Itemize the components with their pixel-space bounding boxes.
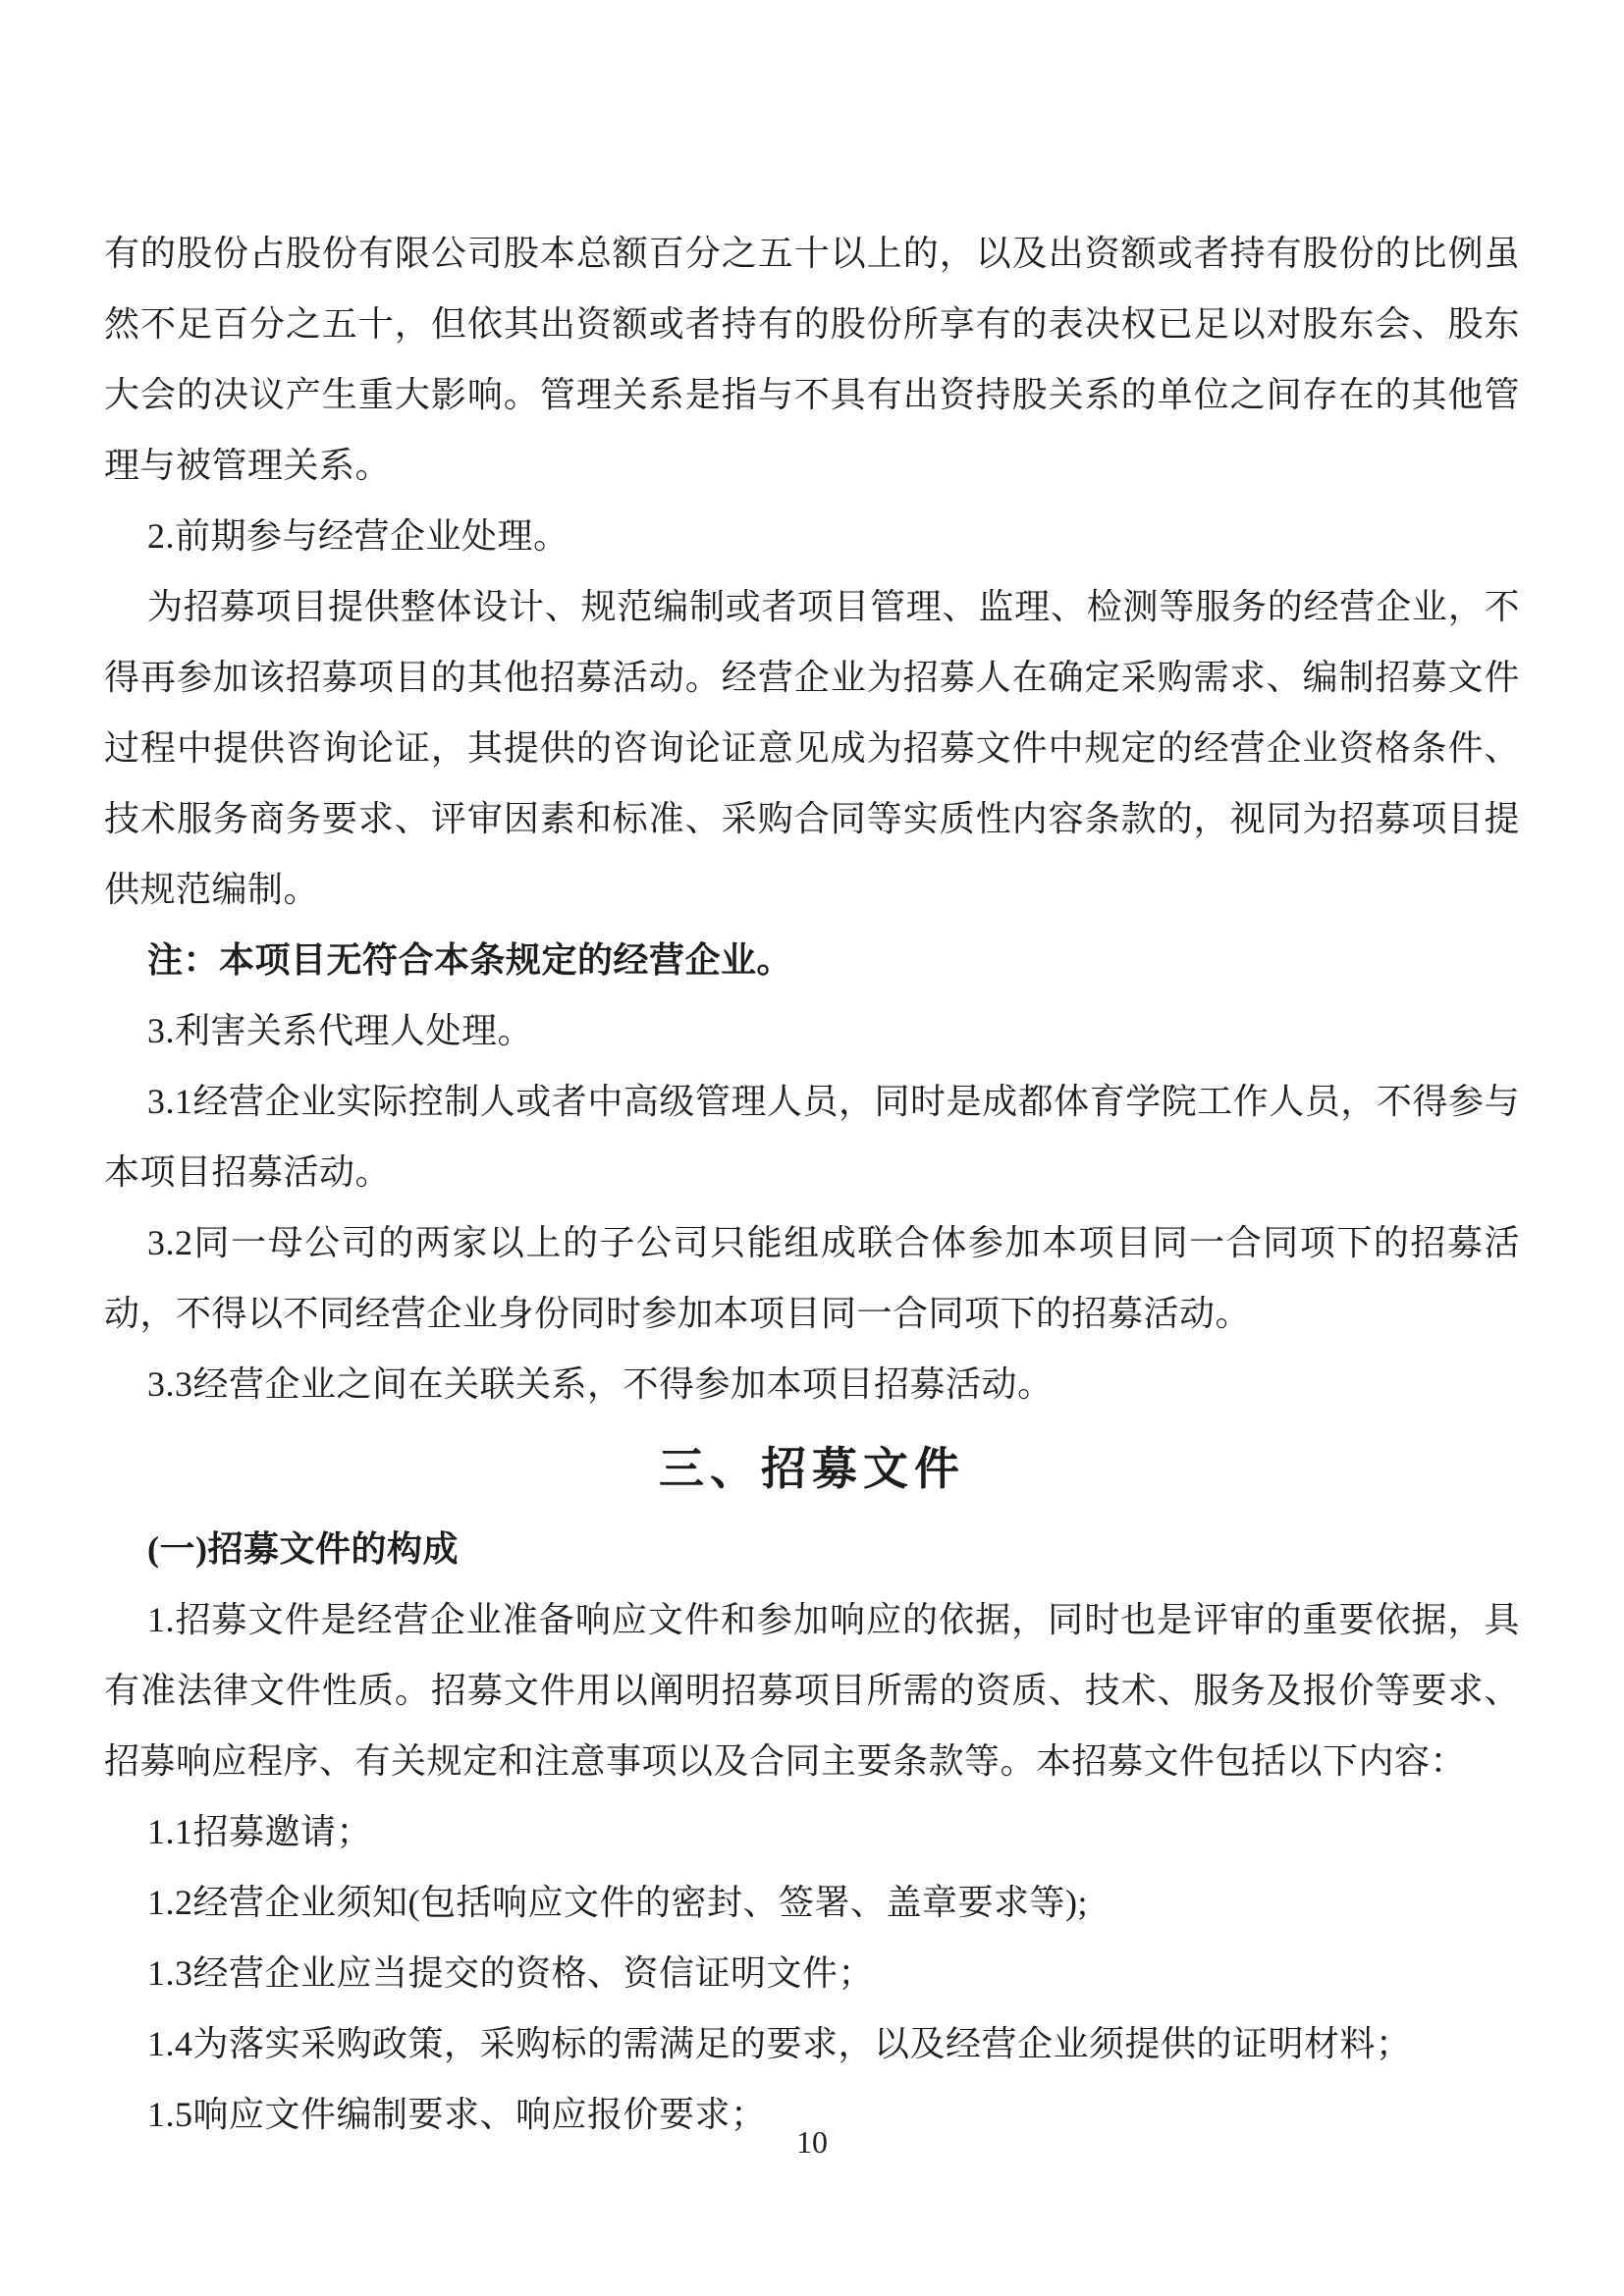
body-paragraph: 有的股份占股份有限公司股本总额百分之五十以上的，以及出资额或者持有股份的比例虽然…: [104, 218, 1520, 501]
list-item: 1.1招募邀请；: [104, 1796, 1520, 1867]
numbered-paragraph: 3.2同一母公司的两家以上的子公司只能组成联合体参加本项目同一合同项下的招募活动…: [104, 1207, 1520, 1349]
body-paragraph: 为招募项目提供整体设计、规范编制或者项目管理、监理、检测等服务的经营企业，不得再…: [104, 571, 1520, 925]
numbered-paragraph: 2.前期参与经营企业处理。: [104, 501, 1520, 571]
page-number: 10: [0, 2122, 1624, 2162]
note-paragraph: 注：本项目无符合本条规定的经营企业。: [104, 925, 1520, 995]
numbered-paragraph: 1.招募文件是经营企业准备响应文件和参加响应的依据，同时也是评审的重要依据，具有…: [104, 1584, 1520, 1796]
numbered-paragraph: 3.1经营企业实际控制人或者中高级管理人员，同时是成都体育学院工作人员，不得参与…: [104, 1066, 1520, 1207]
subsection-heading: (一)招募文件的构成: [104, 1514, 1520, 1584]
list-item: 1.3经营企业应当提交的资格、资信证明文件；: [104, 1938, 1520, 2008]
numbered-paragraph: 3.3经营企业之间在关联关系，不得参加本项目招募活动。: [104, 1349, 1520, 1419]
section-heading: 三、招募文件: [104, 1425, 1520, 1514]
document-body: 有的股份占股份有限公司股本总额百分之五十以上的，以及出资额或者持有股份的比例虽然…: [104, 218, 1520, 2150]
list-item: 1.2经营企业须知(包括响应文件的密封、签署、盖章要求等);: [104, 1867, 1520, 1938]
numbered-paragraph: 3.利害关系代理人处理。: [104, 995, 1520, 1066]
list-item: 1.4为落实采购政策，采购标的需满足的要求，以及经营企业须提供的证明材料；: [104, 2008, 1520, 2079]
document-page: 有的股份占股份有限公司股本总额百分之五十以上的，以及出资额或者持有股份的比例虽然…: [0, 0, 1624, 2296]
